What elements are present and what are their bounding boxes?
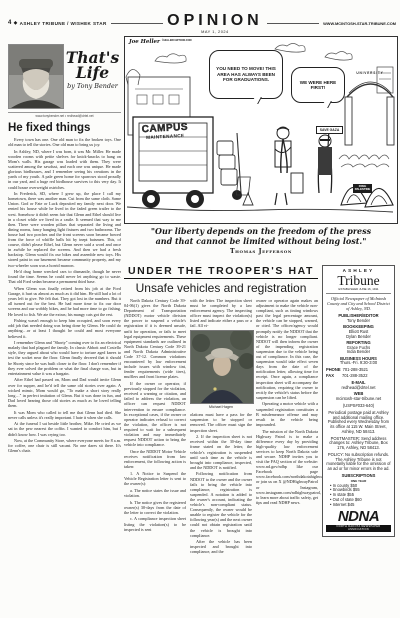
email-address: redhead@drtel.net	[326, 386, 391, 391]
quote-line2: and that cannot be limited without being…	[128, 237, 394, 247]
editorial-cartoon: Joe Heller ©HELLERCARTOON.COM YOU NEED T…	[124, 36, 398, 224]
masthead-established: ESTABLISHED JUNE 16, 1911	[326, 287, 391, 295]
page-number: 4	[8, 20, 12, 26]
thats-life-column: That's Life by Tony Bender www.tonybende…	[8, 44, 121, 455]
paragraph: After Ethel had passed on, Mom and Dad w…	[8, 377, 121, 408]
masthead-tribune: Tribune	[326, 274, 391, 287]
paragraph: Following notification from NDDOT to the…	[190, 471, 252, 537]
section-title-block: OPINION MAY 1, 2024	[167, 13, 263, 34]
header-rule-left	[111, 23, 163, 24]
role-name: Tony Bender	[326, 319, 391, 324]
section-banner: UNDER THE TROOPER'S HAT	[124, 265, 318, 279]
cartoon-credit: ©HELLERCARTOON.COM	[162, 39, 192, 42]
michael-hagen-photo	[190, 330, 254, 404]
paragraph: 2. If the inspection sheet is not receiv…	[190, 434, 252, 470]
paragraph: The mission of the North Dakota Highway …	[256, 429, 318, 505]
troopers-hat-section: UNDER THE TROOPER'S HAT Unsafe vehicles …	[124, 265, 318, 556]
trooper-col-3: owner or operator again makes an adjustm…	[256, 298, 318, 556]
periodical-note: Periodical postage paid at Ashley and ad…	[326, 411, 391, 434]
paragraph: Every town has one. One old man to fix t…	[8, 137, 121, 147]
column-title-line2: Life	[64, 65, 121, 80]
paragraph: Fishing wasn't enough to keep him occupi…	[8, 318, 121, 338]
paragraph: Now, at the Community Store, where every…	[8, 438, 121, 453]
fax-number: 701-288-3522	[342, 374, 368, 379]
paragraph: I remember Glenn and "Shorty" coming ove…	[8, 340, 121, 376]
fax-label: FAX	[326, 374, 340, 379]
diamond-icon: ◆	[14, 20, 18, 26]
paragraph: Once the NDDOT Motor Vehicle receives no…	[124, 449, 186, 469]
issue-date: MAY 1, 2024	[167, 30, 263, 34]
paragraph: He'd drag home wrecked cars to dismantle…	[8, 269, 121, 284]
postmaster-note: POSTMASTER: Send address changes to: Ash…	[326, 437, 391, 451]
protest-sign-palestine: FREE PALESTINE	[353, 184, 372, 193]
paragraph: a. The notice states the issue and viola…	[124, 488, 186, 498]
trooper-col-1: North Dakota Century Code 39-04-06(1) gi…	[124, 298, 186, 556]
masthead-box: ASHLEY Tribune ESTABLISHED JUNE 16, 1911…	[322, 265, 395, 537]
paragraph: with the letter. The inspection sheet mu…	[190, 298, 252, 329]
newspaper-page: 4 ◆ ASHLEY TRIBUNE / WISHEK STAR OPINION…	[0, 0, 400, 618]
university-arch-label: UNIVERSITY	[346, 71, 394, 75]
fax-row: FAX 701-288-3522	[326, 374, 391, 379]
speech-bubble-here-first: WE WERE HERE FIRST!	[291, 67, 345, 103]
page-header: 4 ◆ ASHLEY TRIBUNE / WISHEK STAR OPINION…	[8, 13, 396, 34]
ndna-wordmark: NDNA	[326, 510, 391, 524]
column-title-block: That's Life by Tony Bender	[64, 44, 121, 109]
signature-text: Joe Heller	[129, 39, 160, 45]
article-headline: He fixed things	[8, 122, 121, 134]
header-left: 4 ◆ ASHLEY TRIBUNE / WISHEK STAR	[8, 20, 107, 26]
column-byline: by Tony Bender	[64, 82, 121, 90]
paragraph: c. A compliance inspection sheet listing…	[124, 516, 186, 531]
paragraph: 1. A Notice to Suspend the Vehicle Regis…	[124, 471, 186, 486]
trooper-columns: North Dakota Century Code 39-04-06(1) gi…	[124, 298, 318, 556]
role-name: Dylan Bender	[326, 335, 391, 340]
subscription-item: • Internet $45	[326, 503, 391, 508]
header-rule-right	[267, 23, 319, 24]
protest-sign-gaza: SAVE GAZA	[316, 126, 343, 134]
ndna-logo: NDNA NORTH DAKOTA NEWSPAPER ASSOCIATION	[326, 510, 391, 532]
paragraph: After the vehicle has been inspected and…	[190, 539, 252, 554]
column-header: That's Life by Tony Bender	[8, 44, 121, 109]
business-hours: Thurs.-Fri. 9:30-3:00	[326, 361, 391, 366]
cartoonist-signature: Joe Heller ©HELLERCARTOON.COM	[129, 39, 192, 45]
trooper-col-2: with the letter. The inspection sheet mu…	[190, 298, 252, 556]
paragraph: If the owner or operator, if previously …	[124, 381, 186, 447]
paragraph: owner or operator again makes an adjustm…	[256, 298, 318, 400]
paragraph: In Ashley, ND, where I was born, it was …	[8, 149, 121, 190]
pull-quote: "Our liberty depends on the freedom of t…	[128, 227, 394, 257]
website-url: WWW.MCINTOSH-STAR-TRIBUNE.COM	[323, 21, 396, 26]
paragraph: It was Mom who called to tell me that Gl…	[8, 410, 121, 420]
tony-bender-photo	[8, 44, 64, 109]
paragraph: When Glenn was finally retired from his …	[8, 286, 121, 317]
role-name: India Bender	[326, 350, 391, 355]
section-title: OPINION	[167, 13, 263, 29]
author-contact-line: www.tonybender.net • redhead@drtel.net	[8, 112, 121, 118]
policy-note: POLICY: No subscription refunds. The Ash…	[326, 453, 391, 471]
usps-number: (USPS#033-640)	[326, 404, 391, 409]
paragraph: olations must have a pass for the suspen…	[190, 412, 252, 432]
speech-bubble-graduations: YOU NEED TO MOVE! THIS AREA HAS ALWAYS B…	[209, 50, 283, 99]
quote-attribution: Thomas Jefferson	[128, 247, 394, 257]
official-newspaper-note: Official Newspaper of McIntosh County an…	[326, 296, 391, 311]
paragraph: b. The notice gives the registered owner…	[124, 500, 186, 515]
paragraph: Operating a motor vehicle with a suspend…	[256, 401, 318, 426]
paragraph: At the funeral I sat beside little broth…	[8, 421, 121, 436]
paragraph: In Frederick, SD, where I grew up, the p…	[8, 191, 121, 267]
trooper-headline: Unsafe vehicles and registration	[124, 281, 318, 295]
paragraph: North Dakota Century Code 39-04-06(1) gi…	[124, 298, 186, 380]
photo-caption: Michael Hagen	[190, 405, 252, 410]
web-address: mcintosh-star-tribune.net	[326, 397, 391, 402]
newspaper-name: ASHLEY TRIBUNE / WISHEK STAR	[20, 21, 107, 26]
article-body: Every town has one. One old man to fix t…	[8, 137, 121, 453]
ndna-bar-text: NORTH DAKOTA NEWSPAPER ASSOCIATION	[326, 525, 391, 532]
